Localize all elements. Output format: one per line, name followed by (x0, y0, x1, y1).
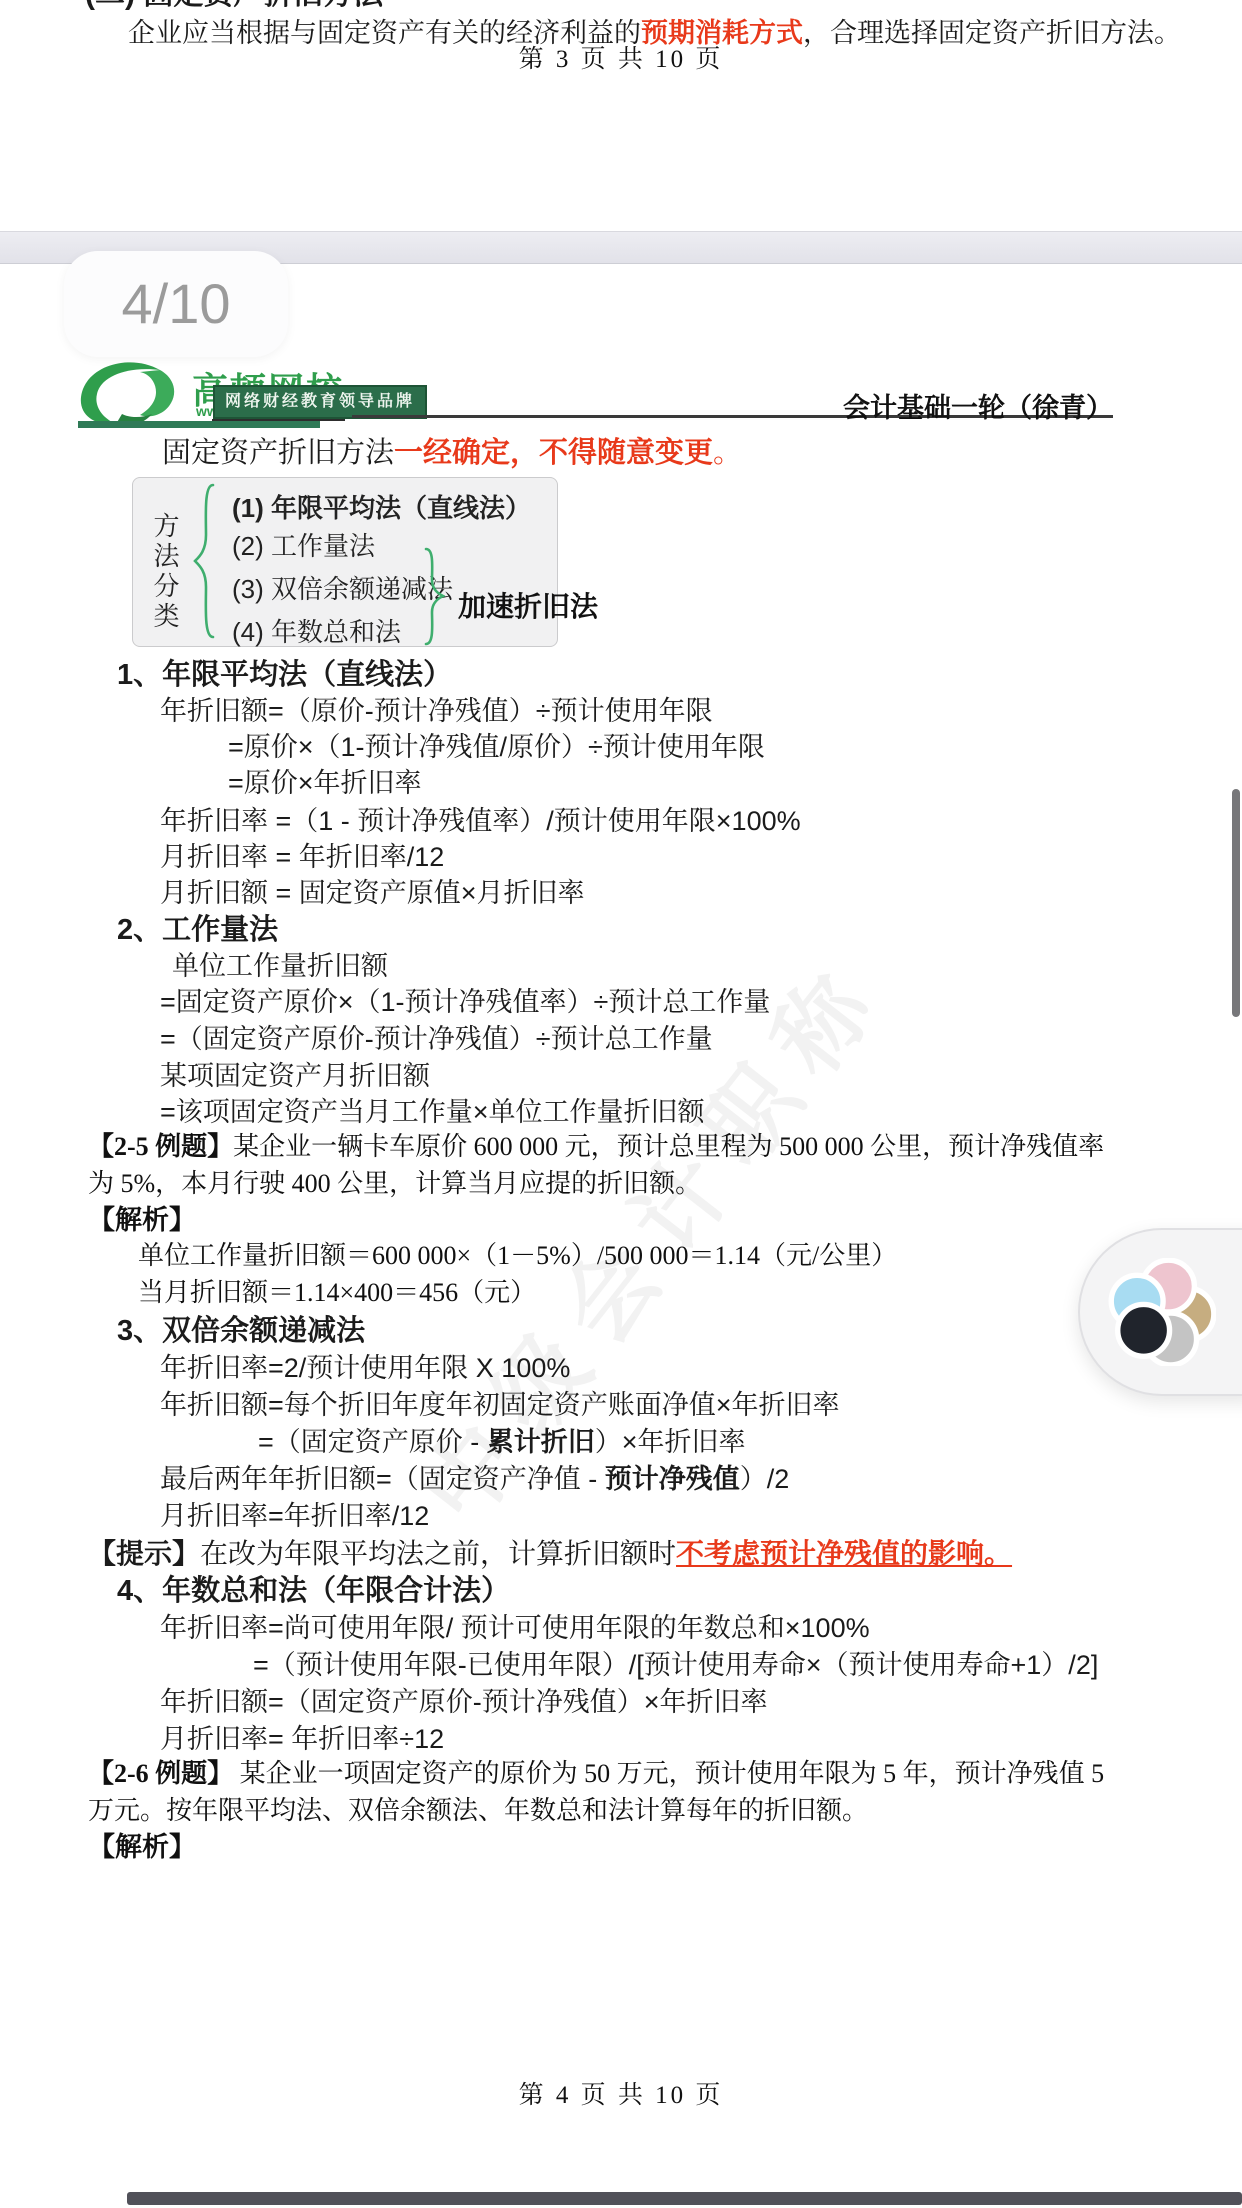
text-segment: 某企业一辆卡车原价 600 000 元，预计总里程为 500 000 公里，预计… (233, 1132, 1104, 1161)
text-segment: 月折旧率=年折旧率/12 (160, 1501, 429, 1531)
text-segment: 月折旧率 = 年折旧率/12 (160, 842, 444, 872)
scrollbar-thumb[interactable] (1232, 789, 1240, 1017)
text-line: =该项固定资产当月工作量×单位工作量折旧额 (160, 1097, 705, 1128)
text-line: 月折旧率 = 年折旧率/12 (160, 842, 444, 873)
text-segment: 【提示】 (88, 1538, 200, 1569)
text-line: 固定资产折旧方法一经确定，不得随意变更。 (162, 437, 742, 470)
text-segment: 年折旧额=（固定资产原价-预计净残值）×年折旧率 (160, 1687, 768, 1717)
text-line: 最后两年年折旧额=（固定资产净值 - 预计净残值）/2 (160, 1464, 789, 1495)
text-line: (二) 固定资产折旧方法 (85, 0, 383, 13)
text-line: 年折旧率=尚可使用年限/ 预计可使用年限的年数总和×100% (160, 1613, 870, 1644)
text-segment: 【2-6 例题】 (88, 1759, 233, 1788)
text-segment: 【解析】 (88, 1205, 196, 1235)
text-line: 【提示】在改为年限平均法之前，计算折旧额时不考虑预计净残值的影响。 (88, 1538, 1012, 1570)
text-segment: 【解析】 (88, 1832, 196, 1862)
text-segment: 当月折旧额＝1.14×400＝456（元） (138, 1278, 536, 1307)
text-segment: 固定资产折旧方法 (162, 437, 394, 469)
text-line: 单位工作量折旧额 (172, 951, 388, 982)
text-segment: =原价×（1-预计净残值/原价）÷预计使用年限 (228, 732, 765, 762)
text-segment: 企业应当根据与固定资产有关的经济利益的 (128, 18, 641, 48)
text-line: 年折旧额=（原价-预计净残值）÷预计使用年限 (160, 696, 713, 727)
text-line: 月折旧率= 年折旧率÷12 (160, 1724, 444, 1755)
diagram-item-2: (2) 工作量法 (232, 526, 375, 563)
text-segment: 年折旧率=尚可使用年限/ 预计可使用年限的年数总和×100% (160, 1613, 870, 1643)
text-segment: 年折旧额=每个折旧年度年初固定资产账面净值×年折旧率 (160, 1390, 840, 1420)
floating-widget-button[interactable] (1078, 1228, 1242, 1396)
text-line: 1、年限平均法（直线法） (117, 659, 452, 692)
flower-logo-icon (1108, 1258, 1216, 1366)
right-brace-icon (421, 547, 445, 646)
text-segment: 为 5%，本月行驶 400 公里，计算当月应提的折旧额。 (88, 1169, 701, 1198)
text-line: 【2-5 例题】某企业一辆卡车原价 600 000 元，预计总里程为 500 0… (88, 1132, 1104, 1162)
text-segment: =（固定资产原价-预计净残值）÷预计总工作量 (160, 1024, 713, 1054)
text-line: =原价×（1-预计净残值/原价）÷预计使用年限 (228, 732, 765, 763)
text-segment: 年折旧率 =（1 - 预计净残值率）/预计使用年限×100% (160, 806, 801, 836)
text-segment: 。 (713, 437, 742, 469)
text-line: 4、年数总和法（年限合计法） (117, 1575, 510, 1608)
text-segment: 1、年限平均法（直线法） (117, 659, 452, 691)
method-classification-side-label: 方法分类 (147, 512, 184, 632)
viewer-screen: { "colors": { "red": "#e8391a", "brand_g… (0, 0, 1242, 2208)
text-segment: 3、双倍余额递减法 (117, 1315, 365, 1347)
text-line: 单位工作量折旧额＝600 000×（1－5%）/500 000＝1.14（元/公… (138, 1241, 897, 1271)
text-line: 2、工作量法 (117, 914, 278, 947)
text-segment: ，合理选择固定资产折旧方法。 (803, 18, 1181, 48)
text-segment: 预期消耗方式 (641, 18, 803, 48)
text-line: 年折旧额=每个折旧年度年初固定资产账面净值×年折旧率 (160, 1390, 840, 1421)
accelerated-depreciation-label: 加速折旧法 (458, 585, 598, 625)
text-line: 企业应当根据与固定资产有关的经济利益的预期消耗方式，合理选择固定资产折旧方法。 (128, 18, 1181, 49)
text-line: 万元。按年限平均法、双倍余额法、年数总和法计算每年的折旧额。 (88, 1796, 868, 1826)
diagram-item-1: (1) 年限平均法（直线法） (232, 488, 531, 525)
text-segment: 预计净残值 (605, 1464, 740, 1494)
text-line: =原价×年折旧率 (228, 768, 422, 799)
text-segment: 月折旧额 = 固定资产原值×月折旧率 (160, 878, 585, 908)
brand-slogan: 网络财经教育领导品牌 (213, 385, 427, 419)
text-segment: 月折旧率= 年折旧率÷12 (160, 1724, 444, 1754)
text-segment: 某项固定资产月折旧额 (160, 1061, 430, 1091)
text-segment: 单位工作量折旧额＝600 000×（1－5%）/500 000＝1.14（元/公… (138, 1241, 897, 1270)
diagram-item-3: (3) 双倍余额递减法 (232, 569, 453, 606)
text-segment: 年折旧额=（原价-预计净残值）÷预计使用年限 (160, 696, 713, 726)
text-segment: 第 4 页 共 10 页 (519, 2082, 724, 2109)
text-segment: 累计折旧 (487, 1427, 595, 1457)
diagram-item-4: (4) 年数总和法 (232, 612, 401, 649)
text-segment: 2、工作量法 (117, 914, 278, 946)
text-line: 某项固定资产月折旧额 (160, 1061, 430, 1092)
text-line: 第 3 页 共 10 页 (0, 46, 1242, 75)
text-segment: 某企业一项固定资产的原价为 50 万元，预计使用年限为 5 年，预计净残值 5 (233, 1759, 1104, 1788)
text-line: 为 5%，本月行驶 400 公里，计算当月应提的折旧额。 (88, 1169, 701, 1199)
text-line: 月折旧率=年折旧率/12 (160, 1501, 429, 1532)
text-segment: 【2-5 例题】 (88, 1132, 233, 1161)
text-line: =（固定资产原价 - 累计折旧）×年折旧率 (258, 1427, 746, 1458)
text-segment: 万元。按年限平均法、双倍余额法、年数总和法计算每年的折旧额。 (88, 1796, 868, 1825)
text-segment: =原价×年折旧率 (228, 768, 422, 798)
text-segment: 最后两年年折旧额=（固定资产净值 - (160, 1464, 605, 1494)
text-segment: =固定资产原价×（1-预计净残值率）÷预计总工作量 (160, 987, 770, 1017)
text-line: =固定资产原价×（1-预计净残值率）÷预计总工作量 (160, 987, 770, 1018)
text-line: 年折旧额=（固定资产原价-预计净残值）×年折旧率 (160, 1687, 768, 1718)
text-segment: ）/2 (740, 1464, 790, 1494)
text-segment: 单位工作量折旧额 (172, 951, 388, 981)
left-brace-icon (193, 483, 219, 639)
text-line: 当月折旧额＝1.14×400＝456（元） (138, 1278, 536, 1308)
text-segment: =该项固定资产当月工作量×单位工作量折旧额 (160, 1097, 705, 1127)
page-indicator-badge: 4/10 (64, 251, 288, 357)
course-title: 会计基础一轮（徐青） (843, 386, 1113, 425)
text-line: 3、双倍余额递减法 (117, 1315, 365, 1348)
text-segment: 年折旧率=2/预计使用年限 X 100% (160, 1353, 570, 1383)
text-segment: =（固定资产原价 - (258, 1427, 487, 1457)
text-line: =（预计使用年限-已使用年限）/[预计使用寿命×（预计使用寿命+1）/2] (253, 1650, 1098, 1681)
text-segment: (二) 固定资产折旧方法 (85, 0, 383, 11)
text-line: 第 4 页 共 10 页 (0, 2082, 1242, 2111)
text-line: 【解析】 (88, 1832, 196, 1863)
text-line: 【解析】 (88, 1205, 196, 1236)
text-line: =（固定资产原价-预计净残值）÷预计总工作量 (160, 1024, 713, 1055)
text-line: 年折旧率=2/预计使用年限 X 100% (160, 1353, 570, 1384)
text-segment: 在改为年限平均法之前，计算折旧额时 (200, 1538, 676, 1569)
text-segment: =（预计使用年限-已使用年限）/[预计使用寿命×（预计使用寿命+1）/2] (253, 1650, 1098, 1680)
text-line: 【2-6 例题】 某企业一项固定资产的原价为 50 万元，预计使用年限为 5 年… (88, 1759, 1104, 1789)
text-segment: 第 3 页 共 10 页 (519, 46, 724, 73)
bottom-page-edge-bar (127, 2192, 1242, 2205)
brand-logo-icon (70, 358, 188, 428)
header-green-rule (78, 421, 320, 428)
text-segment: 一经确定，不得随意变更 (394, 437, 713, 469)
text-segment: 不考虑预计净残值的影响。 (676, 1538, 1012, 1569)
text-line: 月折旧额 = 固定资产原值×月折旧率 (160, 878, 585, 909)
text-segment: 4、年数总和法（年限合计法） (117, 1575, 510, 1607)
text-line: 年折旧率 =（1 - 预计净残值率）/预计使用年限×100% (160, 806, 801, 837)
text-segment: ）×年折旧率 (595, 1427, 746, 1457)
